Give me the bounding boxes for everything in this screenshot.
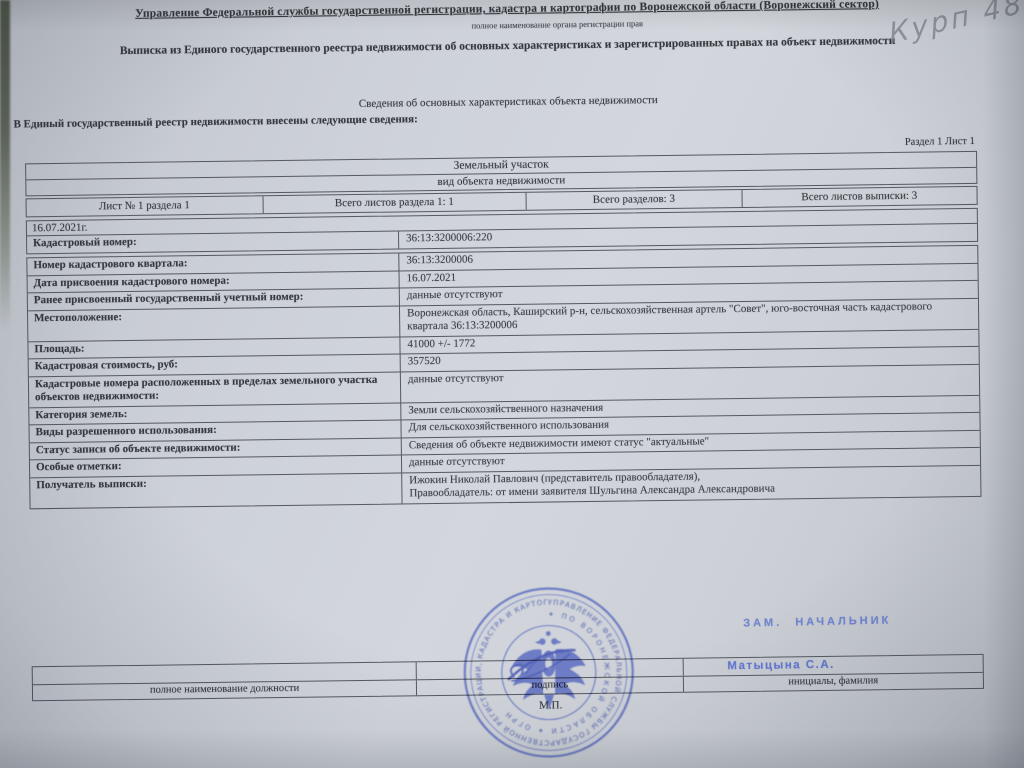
section-heading: Сведения об основных характеристиках объ…: [0, 89, 1020, 114]
row-label: Местоположение:: [28, 306, 400, 341]
official-round-stamp: УПРАВЛЕНИЕ ФЕДЕРАЛЬНОЙ СЛУЖБЫ ГОСУДАРСТВ…: [453, 576, 645, 768]
approver-position-stamp: Зам. начальник: [743, 615, 891, 630]
row-label: Получатель выписки:: [30, 473, 402, 508]
sheet-info-cell: Всего разделов: 3: [526, 190, 742, 210]
name-label: инициалы, фамилия: [683, 673, 983, 692]
intro-line: В Единый государственный реестр недвижим…: [13, 113, 417, 130]
row-label: Кадастровые номера расположенных в преде…: [29, 372, 401, 407]
scanned-document: Управление Федеральной службы государств…: [0, 0, 1024, 768]
sheet-info-cell: Лист № 1 раздела 1: [27, 196, 264, 216]
row-label: Кадастровый номер:: [27, 231, 399, 252]
document-title: Выписка из Единого государственного реес…: [46, 33, 970, 59]
approver-name-stamp: Матыцына С.А.: [683, 657, 983, 673]
characteristics-table: Номер кадастрового квартала:36:13:320000…: [26, 245, 981, 509]
sheet-info-cell: Всего листов выписки: 3: [742, 187, 977, 207]
photo-edge-shadow: [0, 0, 10, 330]
row-value: Ижокин Николай Павлович (представитель п…: [402, 465, 980, 503]
sheet-info-cell: Всего листов раздела 1: 1: [263, 193, 527, 213]
